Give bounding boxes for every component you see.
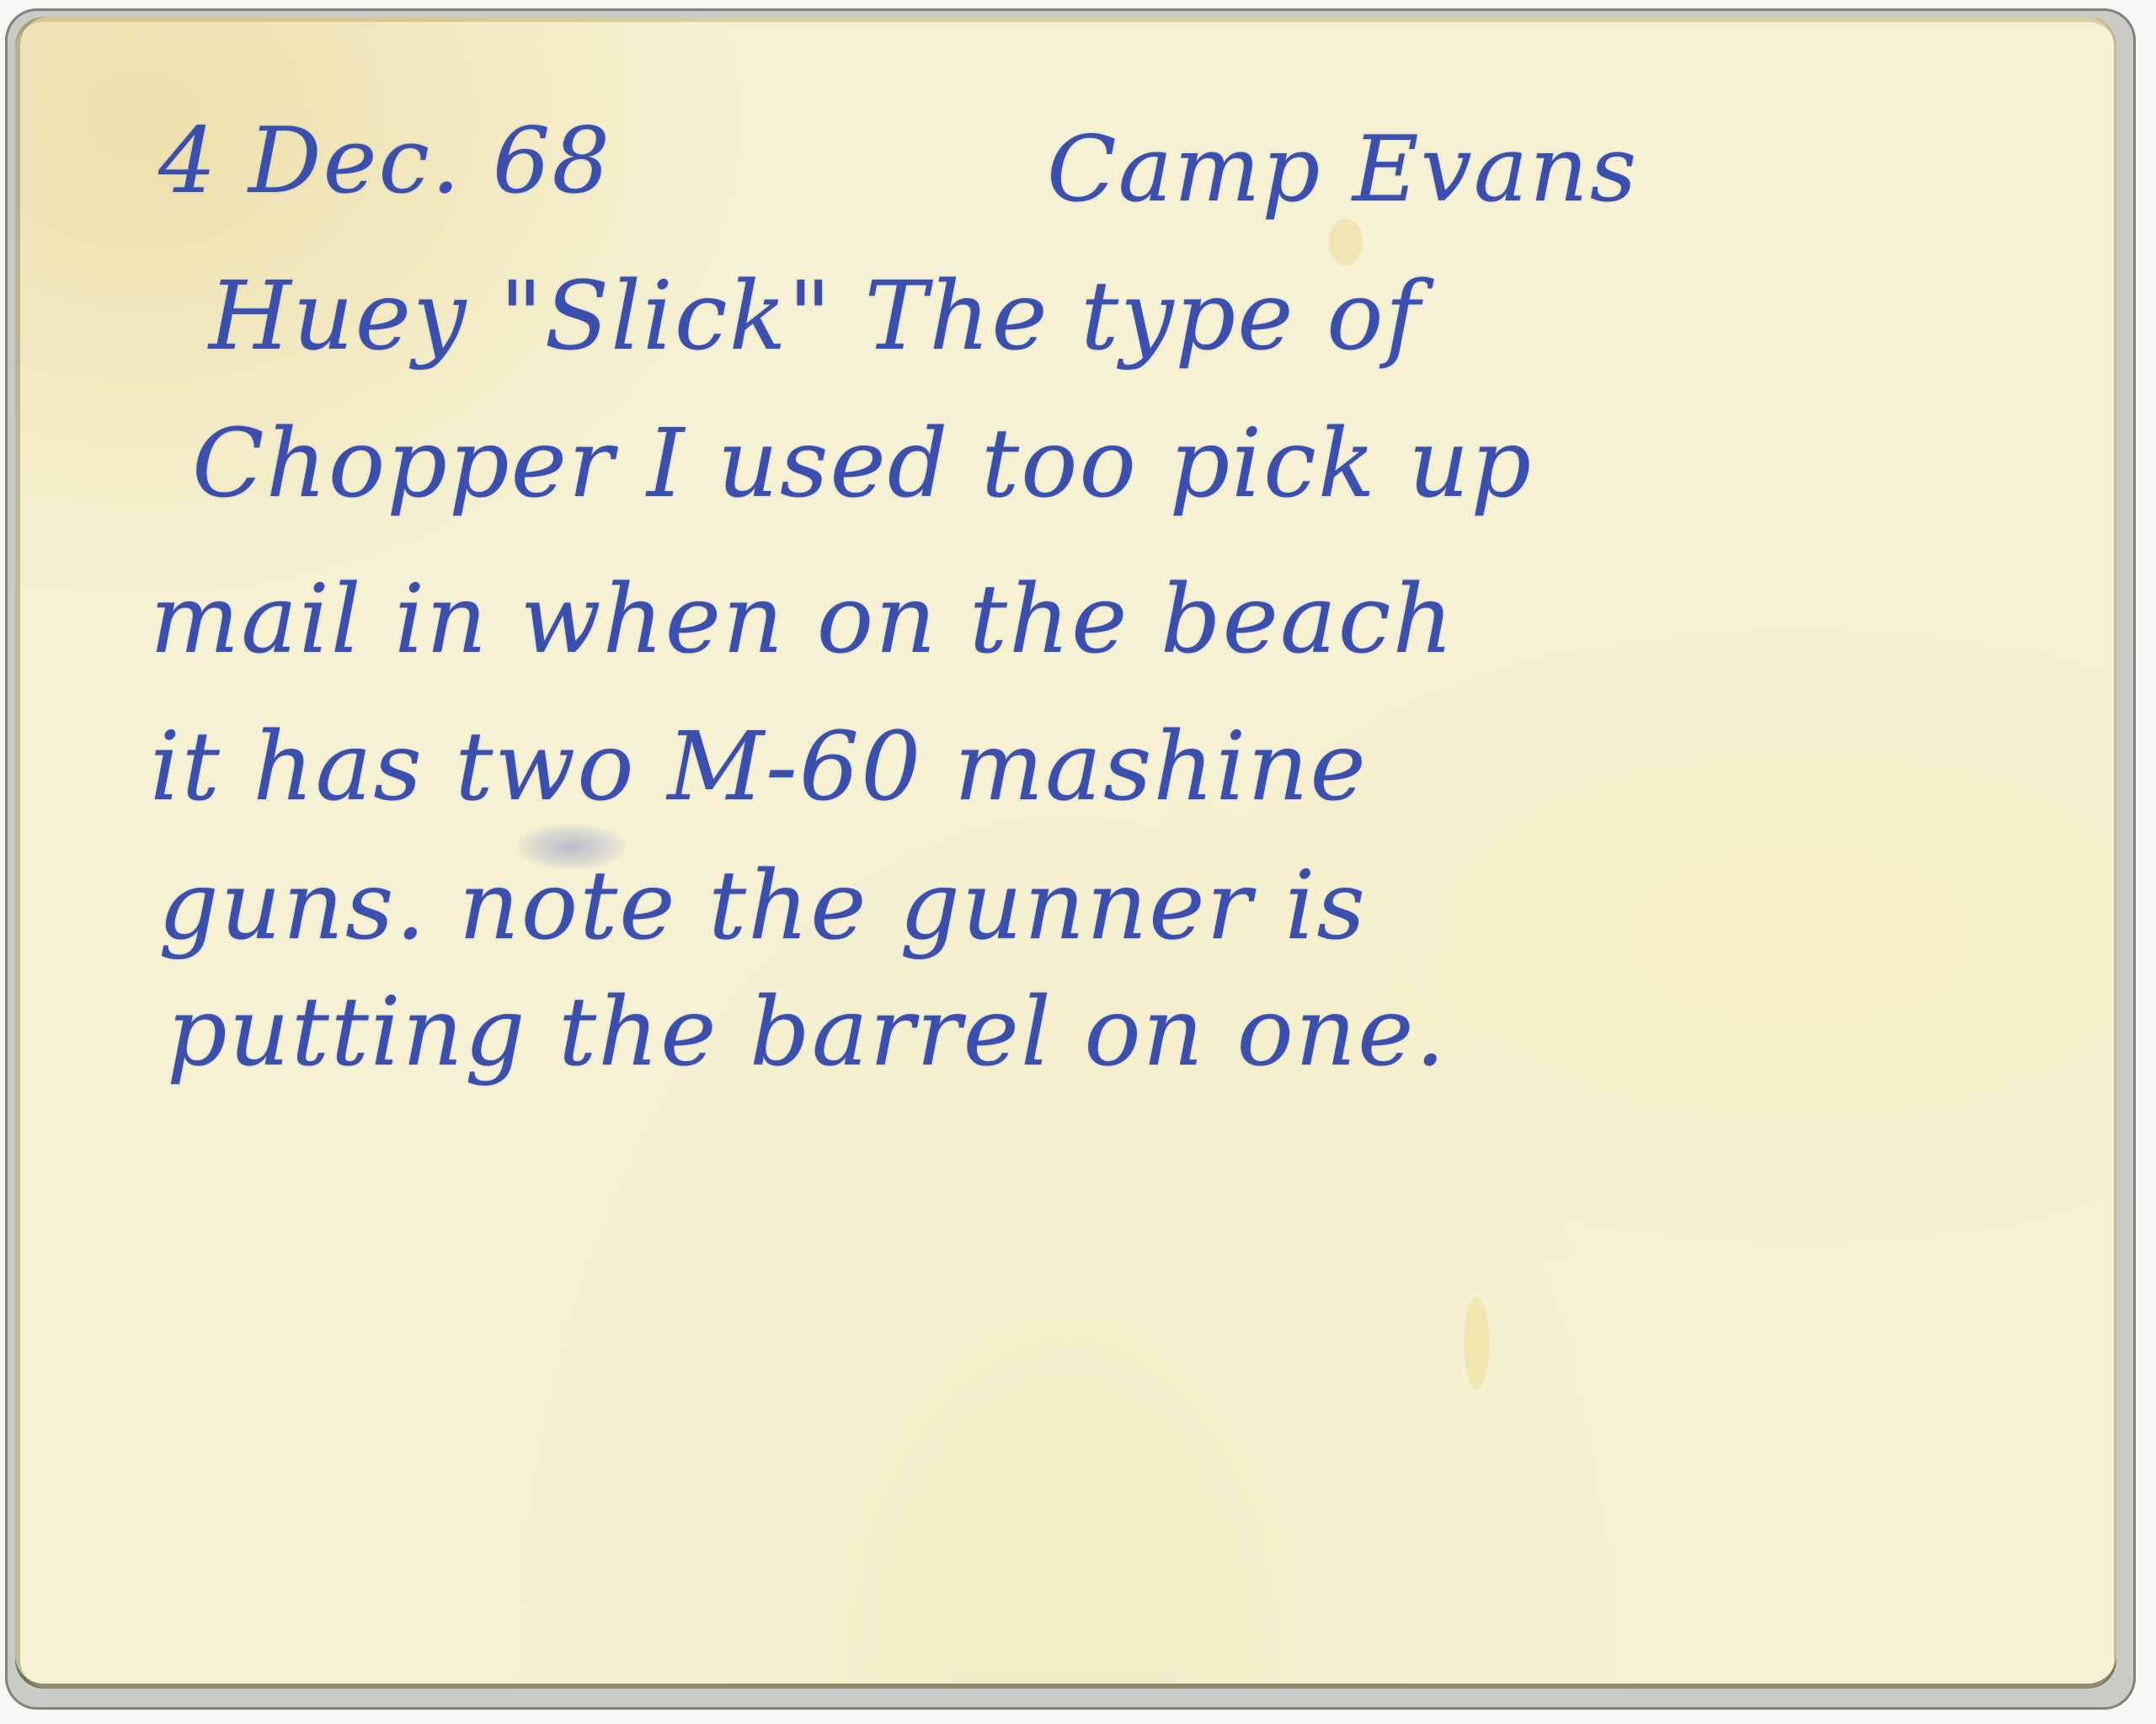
note-line: guns. note the gunner is	[158, 859, 1367, 953]
header-date: 4 Dec. 68	[158, 116, 611, 207]
note-line: mail in when on the beach	[150, 573, 1455, 667]
yellow-stain	[1464, 1297, 1489, 1390]
note-card: 4 Dec. 68 Camp Evans Huey "Slick" The ty…	[15, 17, 2116, 1689]
yellow-stain	[1329, 219, 1363, 265]
note-line: putting the barrel on one.	[167, 985, 1447, 1080]
note-line: it has two M-60 mashine	[150, 720, 1368, 814]
header-place: Camp Evans	[1047, 125, 1638, 216]
document-scan: 4 Dec. 68 Camp Evans Huey "Slick" The ty…	[0, 0, 2156, 1724]
note-line: Huey "Slick" The type of	[209, 270, 1422, 364]
note-line: Chopper I used too pick up	[192, 417, 1533, 511]
